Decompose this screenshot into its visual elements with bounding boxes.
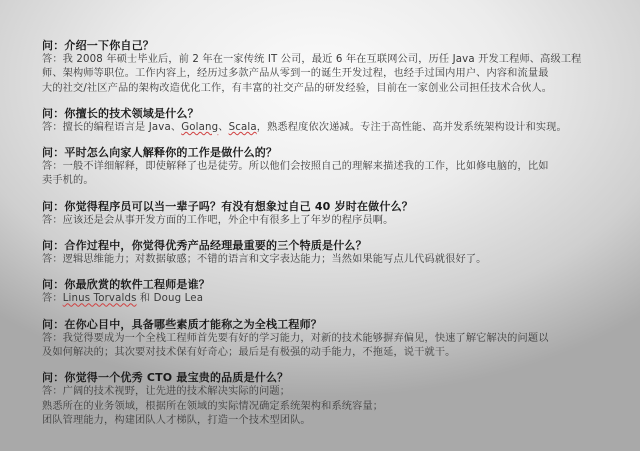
question: 问：你擅长的技术领域是什么？ — [42, 107, 622, 121]
answer-line: 答：应该还是会从事开发方面的工作吧，外企中有很多上了年岁的程序员啊。 — [42, 214, 622, 228]
answer: 答：应该还是会从事开发方面的工作吧，外企中有很多上了年岁的程序员啊。 — [42, 214, 622, 228]
question: 问：你觉得程序员可以当一辈子吗？有没有想象过自己 40 岁时在做什么？ — [42, 200, 622, 214]
qa-item-product-manager: 问：合作过程中，你觉得优秀产品经理最重要的三个特质是什么？ 答：逻辑思维能力；对… — [42, 239, 622, 267]
answer-line: 团队管理能力，构建团队人才梯队，打造一个技术型团队。 — [42, 414, 622, 428]
answer-line: 大的社交/社区产品的架构改造优化工作，有丰富的社交产品的研发经验，目前在一家创业… — [42, 82, 622, 96]
qa-item-expertise: 问：你擅长的技术领域是什么？ 答：擅长的编程语言是 Java、Golang、Sc… — [42, 107, 622, 135]
separator: 、 — [218, 122, 228, 133]
answer-line: 答：我觉得要成为一个全栈工程师首先要有好的学习能力，对新的技术能够摒弃偏见，快速… — [42, 332, 622, 346]
answer-line: 卖手机的。 — [42, 174, 622, 188]
answer-line: 答：一般不详细解释，即使解释了也是徒劳。所以他们会按照自己的理解来描述我的工作，… — [42, 160, 622, 174]
question: 问：合作过程中，你觉得优秀产品经理最重要的三个特质是什么？ — [42, 239, 622, 253]
answer: 答：逻辑思维能力；对数据敏感；不错的语言和文字表达能力；当然如果能写点儿代码就很… — [42, 253, 622, 267]
qa-item-lifelong-programmer: 问：你觉得程序员可以当一辈子吗？有没有想象过自己 40 岁时在做什么？ 答：应该… — [42, 200, 622, 228]
answer-text: ，熟悉程度依次递减。专注于高性能、高并发系统架构设计和实现。 — [257, 122, 567, 133]
qa-item-admired-engineer: 问：你最欣赏的软件工程师是谁？ 答：Linus Torvalds 和 Doug … — [42, 278, 622, 306]
answer-text: 和 — [137, 293, 154, 304]
question: 问：在你心目中，具备哪些素质才能称之为全栈工程师？ — [42, 318, 622, 332]
question: 问：你最欣赏的软件工程师是谁？ — [42, 278, 622, 292]
answer: 答：Linus Torvalds 和 Doug Lea — [42, 292, 622, 306]
spellcheck-word-scala: Scala — [229, 122, 257, 133]
qa-item-cto-quality: 问：你觉得一个优秀 CTO 最宝贵的品质是什么？ 答：广阔的技术视野，让先进的技… — [42, 371, 622, 428]
answer: 答：一般不详细解释，即使解释了也是徒劳。所以他们会按照自己的理解来描述我的工作，… — [42, 160, 622, 189]
spellcheck-name-linus-torvalds: Linus Torvalds — [63, 293, 137, 304]
qa-item-family-explanation: 问：平时怎么向家人解释你的工作是做什么的？ 答：一般不详细解释，即使解释了也是徒… — [42, 146, 622, 189]
qa-item-fullstack: 问：在你心目中，具备哪些素质才能称之为全栈工程师？ 答：我觉得要成为一个全栈工程… — [42, 318, 622, 361]
answer: 答：我觉得要成为一个全栈工程师首先要有好的学习能力，对新的技术能够摒弃偏见，快速… — [42, 332, 622, 361]
answer-line: 答：Linus Torvalds 和 Doug Lea — [42, 292, 622, 306]
answer-line: 熟悉所在的业务领域，根据所在领域的实际情况确定系统架构和系统容量； — [42, 400, 622, 414]
question: 问：介绍一下你自己？ — [42, 39, 622, 53]
answer-line: 答：我 2008 年硕士毕业后，前 2 年在一家传统 IT 公司，最近 6 年在… — [42, 53, 622, 67]
name-doug-lea: Doug Lea — [154, 293, 203, 304]
interview-document: 问：介绍一下你自己？ 答：我 2008 年硕士毕业后，前 2 年在一家传统 IT… — [42, 39, 622, 439]
qa-item-introduction: 问：介绍一下你自己？ 答：我 2008 年硕士毕业后，前 2 年在一家传统 IT… — [42, 39, 622, 96]
answer: 答：我 2008 年硕士毕业后，前 2 年在一家传统 IT 公司，最近 6 年在… — [42, 53, 622, 96]
answer: 答：广阔的技术视野，让先进的技术解决实际的问题； 熟悉所在的业务领域，根据所在领… — [42, 385, 622, 428]
answer-line: 及如何解决的；其次要对技术保有好奇心；最后是有极强的动手能力，不拖延，说干就干。 — [42, 346, 622, 360]
answer-line: 师、架构师等职位。工作内容上，经历过多款产品从零到一的诞生开发过程，也经手过国内… — [42, 67, 622, 81]
question: 问：平时怎么向家人解释你的工作是做什么的？ — [42, 146, 622, 160]
answer-line: 答：逻辑思维能力；对数据敏感；不错的语言和文字表达能力；当然如果能写点儿代码就很… — [42, 253, 622, 267]
answer-line: 答：广阔的技术视野，让先进的技术解决实际的问题； — [42, 385, 622, 399]
answer: 答：擅长的编程语言是 Java、Golang、Scala，熟悉程度依次递减。专注… — [42, 121, 622, 135]
answer-text: 答： — [42, 293, 63, 304]
answer-line: 答：擅长的编程语言是 Java、Golang、Scala，熟悉程度依次递减。专注… — [42, 121, 622, 135]
question: 问：你觉得一个优秀 CTO 最宝贵的品质是什么？ — [42, 371, 622, 385]
answer-text: 答：擅长的编程语言是 Java、 — [42, 122, 181, 133]
spellcheck-word-golang: Golang — [181, 122, 218, 133]
